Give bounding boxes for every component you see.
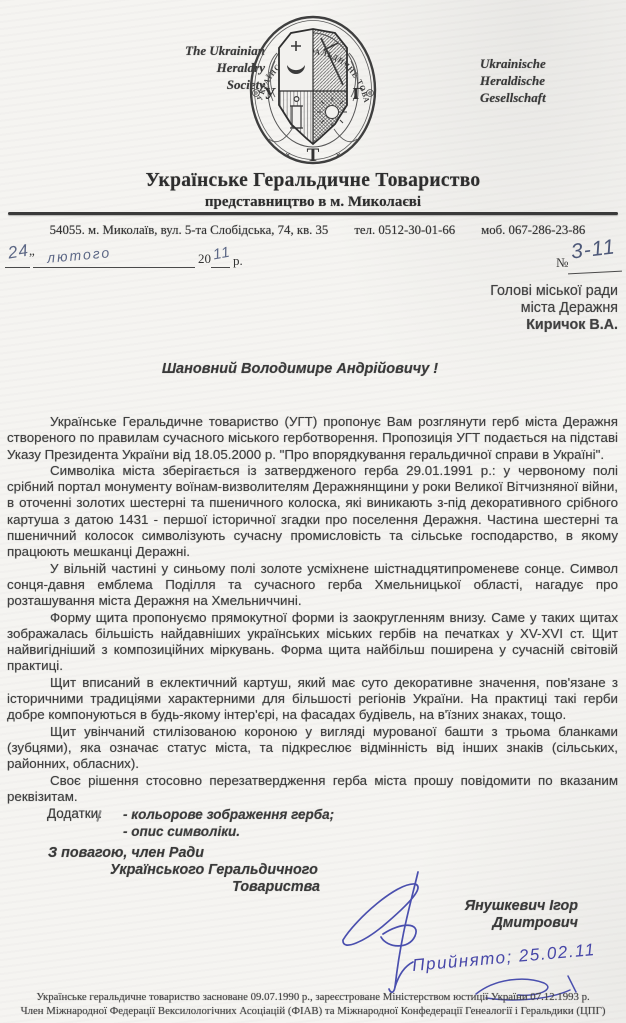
org-title: Українське Геральдичне Товариство <box>0 170 626 192</box>
seal-letter-g: Г <box>353 84 364 103</box>
recipient-line: Голові міської ради <box>378 283 618 300</box>
year-suffix: р. <box>233 253 243 269</box>
handwritten-year: 11 <box>212 244 232 264</box>
signer-name-line: Янушкевич Ігор <box>400 898 578 915</box>
signer-name-block: Янушкевич Ігор Дмитрович <box>400 898 578 931</box>
heraldry-society-seal: УКРАЇНСЬКЕ ГЕРАЛЬДИЧНЕ ТОВАРИСТВО <box>248 13 378 165</box>
number-underline <box>568 271 622 275</box>
signature-ink <box>325 862 445 1000</box>
scanned-letter-page: The Ukrainian Heraldry Society Ukrainisc… <box>0 0 626 1023</box>
attachments-label: Додатки: <box>47 806 102 821</box>
mobile-number: моб. 067-286-23-86 <box>481 223 585 238</box>
body-paragraph: Своє рішення стосовно перезатвердження г… <box>7 773 618 806</box>
attachment-item: - опис символіки. <box>123 823 334 840</box>
attachments-list: - кольорове зображення герба; - опис сим… <box>123 806 334 840</box>
seal-letter-u: У <box>264 84 277 103</box>
handwritten-outgoing-number: 3-11 <box>570 235 617 264</box>
org-subtitle: представництво в м. Миколаєві <box>0 194 626 211</box>
body-paragraph: Щит увінчаний стилізованою короною у виг… <box>7 724 618 773</box>
org-name-german-line: Gesellschaft <box>480 89 600 106</box>
org-name-german-line: Ukrainische <box>480 55 600 72</box>
day-underline <box>5 267 30 268</box>
handwritten-month: лютого <box>46 244 111 266</box>
recipient-block: Голові міської ради міста Деражня Киричо… <box>378 283 618 333</box>
salutation: Шановний Володимире Андрійовичу ! <box>0 361 600 377</box>
body-paragraph: Українське Геральдичне товариство (УГТ) … <box>7 414 618 463</box>
postal-address: 54055. м. Миколаїв, вул. 5-та Слобідська… <box>50 223 329 238</box>
org-name-german-line: Heraldische <box>480 72 600 89</box>
phone-number: тел. 0512-30-01-66 <box>354 223 455 238</box>
closing-line: Товариства <box>110 879 320 895</box>
body-paragraph: Символіка міста зберігається із затвердж… <box>7 463 618 561</box>
address-row: 54055. м. Миколаїв, вул. 5-та Слобідська… <box>30 223 605 238</box>
header-rule <box>8 212 618 215</box>
year-prefix: 20 <box>198 251 211 267</box>
number-label: № <box>556 255 568 271</box>
seal-letter-t: Т <box>307 145 320 166</box>
quote-mark: ” <box>29 250 35 266</box>
handwritten-day: 24 <box>7 240 31 263</box>
closing-line: Українського Геральдичного <box>110 862 318 878</box>
footer-registration-note: Українське геральдичне товариство заснов… <box>0 990 626 1018</box>
body-paragraph: У вільній частині у синьому полі золоте … <box>7 561 618 610</box>
footer-line: Член Міжнародної Федерації Вексилологічн… <box>0 1004 626 1018</box>
letter-body: Українське Геральдичне товариство (УГТ) … <box>7 414 618 805</box>
signer-name-line: Дмитрович <box>400 915 578 932</box>
org-name-german: Ukrainische Heraldische Gesellschaft <box>480 55 600 106</box>
recipient-line: міста Деражня <box>378 300 618 317</box>
footer-line: Українське геральдичне товариство заснов… <box>0 990 626 1004</box>
body-paragraph: Форму щита пропонуємо прямокутної форми … <box>7 610 618 675</box>
attachment-item: - кольорове зображення герба; <box>123 806 334 823</box>
month-underline <box>33 267 195 268</box>
body-paragraph: Щит вписаний в еклектичний картуш, який … <box>7 675 618 724</box>
year-underline <box>211 267 230 268</box>
closing-line: З повагою, член Ради <box>48 845 204 861</box>
recipient-name: Киричок В.А. <box>378 317 618 334</box>
